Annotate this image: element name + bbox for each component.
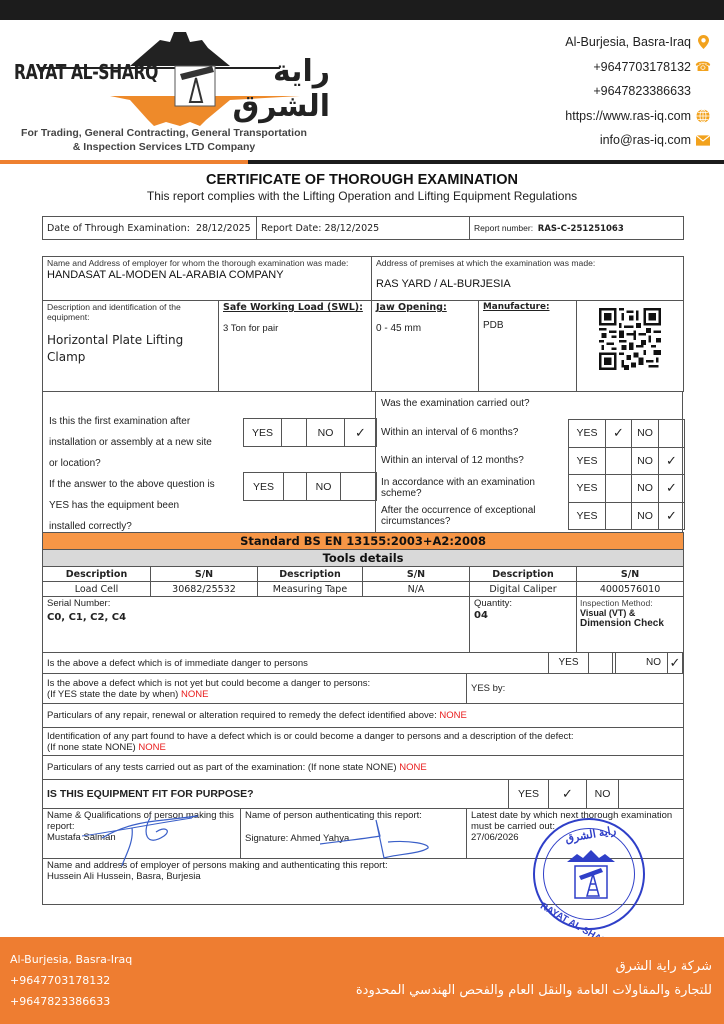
company-name-en: RAYAT AL-SHARQ	[14, 60, 158, 84]
authenticator-signature: Signature: Ahmed Yahya	[245, 833, 462, 844]
jaw-opening-value: 0 - 45 mm	[376, 323, 474, 334]
top-bar	[0, 0, 724, 20]
carried-out-yes-checkbox[interactable]: ✓	[606, 420, 632, 448]
report-maker-name: Mustafa Salman	[47, 832, 236, 843]
equipment-description: Horizontal Plate Lifting Clamp	[47, 332, 214, 366]
installed-yes-checkbox[interactable]	[284, 473, 307, 501]
carried-out-question: Within an interval of 12 months?	[381, 447, 561, 474]
jaw-opening-cell: Jaw Opening: 0 - 45 mm	[372, 301, 479, 392]
inspection-method-cell: Inspection Method: Visual (VT) & Dimensi…	[577, 597, 684, 653]
serial-number-value: C0, C1, C2, C4	[47, 612, 465, 623]
carried-out-question: Within an interval of 6 months?	[381, 419, 561, 446]
telephone-icon: ☎	[696, 60, 710, 74]
carried-out-no-checkbox[interactable]: ✓	[659, 447, 685, 475]
document-subtitle: This report complies with the Lifting Op…	[0, 189, 724, 203]
first-exam-answer: YES NO ✓	[243, 418, 377, 447]
installed-no-checkbox[interactable]	[341, 473, 377, 501]
yes-by-field: YES by:	[467, 674, 684, 704]
footer-phone-2[interactable]: +9647823386633	[10, 991, 132, 1012]
equipment-description-cell: Description and identification of the eq…	[43, 301, 219, 392]
contact-phone-2[interactable]: +9647823386633	[490, 79, 710, 104]
carried-out-answers: YES✓NOYESNO✓YESNO✓YESNO✓	[568, 419, 685, 530]
carried-out-no-checkbox[interactable]: ✓	[659, 475, 685, 503]
fit-yes-checkbox[interactable]: ✓	[549, 780, 587, 809]
carried-out-question: In accordance with an examination scheme…	[381, 474, 561, 501]
report-date: Report Date: 28/12/2025	[257, 217, 470, 240]
quantity-value: 04	[474, 610, 572, 621]
employer-name: HANDASAT AL-MODEN AL-ARABIA COMPANY	[47, 269, 367, 281]
footer-contact: Al-Burjesia, Basra-Iraq +9647703178132 +…	[10, 949, 132, 1012]
immediate-danger-no-group: NO ✓	[640, 653, 683, 674]
tools-table: Standard BS EN 13155:2003+A2:2008 Tools …	[42, 532, 684, 653]
defect-identification: Identification of any part found to have…	[43, 728, 684, 756]
table-row: YESNO✓	[569, 475, 685, 503]
installed-correctly-answer: YES NO	[243, 472, 377, 501]
manufacture-value: PDB	[483, 320, 572, 331]
qr-code-cell	[577, 301, 684, 392]
tools-header-row: Description S/N Description S/N Descript…	[43, 567, 684, 582]
carried-out-yes-checkbox[interactable]	[606, 502, 632, 530]
first-exam-no-checkbox[interactable]: ✓	[345, 419, 377, 447]
swl-value: 3 Ton for pair	[223, 323, 367, 334]
swl-cell: Safe Working Load (SWL): 3 Ton for pair	[219, 301, 372, 392]
examination-details-table: Name and Address of employer for whom th…	[42, 256, 684, 392]
examination-questions-section: Is this the first examination after inst…	[42, 391, 683, 533]
table-row: YES✓NO	[569, 420, 685, 448]
carried-out-yes-checkbox[interactable]	[606, 475, 632, 503]
fit-for-purpose-table: IS THIS EQUIPMENT FIT FOR PURPOSE? YES ✓…	[42, 779, 684, 809]
header-divider-orange	[0, 160, 248, 164]
future-danger-question: Is the above a defect which is not yet b…	[43, 674, 467, 704]
fit-for-purpose-question: IS THIS EQUIPMENT FIT FOR PURPOSE?	[43, 780, 509, 809]
company-logo: RAYAT AL-SHARQ راية الشرق For Trading, G…	[10, 26, 330, 154]
immediate-danger-question: Is the above a defect which is of immedi…	[43, 653, 589, 674]
footer-company-ar: شركة راية الشرق للتجارة والمقاولات العام…	[356, 955, 712, 1003]
authenticator-cell: Name of person authenticating this repor…	[241, 809, 467, 859]
tools-details-heading: Tools details	[43, 550, 684, 567]
repair-particulars: Particulars of any repair, renewal or al…	[43, 704, 684, 728]
exam-date: Date of Through Examination: 28/12/2025	[43, 217, 257, 240]
table-row: YESNO✓	[569, 502, 685, 530]
employer-cell: Name and Address of employer for whom th…	[43, 257, 372, 301]
company-stamp: راية الشرق RAYAT AL-SHARQ Co.	[533, 818, 645, 930]
qr-code[interactable]	[599, 308, 661, 370]
contact-info: Al-Burjesia, Basra-Iraq +9647703178132 ☎…	[490, 30, 710, 153]
carried-out-yes-checkbox[interactable]	[606, 447, 632, 475]
carried-out-no-checkbox[interactable]: ✓	[659, 502, 685, 530]
standard-banner: Standard BS EN 13155:2003+A2:2008	[43, 533, 684, 550]
company-tagline: For Trading, General Contracting, Genera…	[14, 126, 314, 154]
footer-address: Al-Burjesia, Basra-Iraq	[10, 949, 132, 970]
envelope-icon	[696, 133, 710, 147]
document-title: CERTIFICATE OF THOROUGH EXAMINATION	[0, 172, 724, 188]
table-row: YESNO✓	[569, 447, 685, 475]
contact-email[interactable]: info@ras-iq.com	[490, 128, 710, 153]
future-danger-value: NONE	[181, 689, 208, 700]
defects-details-table: Is the above a defect which is not yet b…	[42, 673, 684, 780]
tests-particulars: Particulars of any tests carried out as …	[43, 756, 684, 780]
contact-address: Al-Burjesia, Basra-Iraq	[490, 30, 710, 55]
footer-bar: Al-Burjesia, Basra-Iraq +9647703178132 +…	[0, 937, 724, 1024]
stamp-emblem-icon	[563, 846, 619, 902]
report-maker-cell: Name & Qualifications of person making t…	[43, 809, 241, 859]
first-exam-yes-checkbox[interactable]	[282, 419, 307, 447]
carried-out-no-checkbox[interactable]	[659, 420, 685, 448]
location-pin-icon	[696, 35, 710, 49]
first-exam-question: Is this the first examination after inst…	[49, 411, 239, 537]
company-name-ar: راية الشرق	[206, 54, 330, 124]
contact-phone-1[interactable]: +9647703178132 ☎	[490, 55, 710, 80]
report-number: Report number: RAS-C-251251063	[470, 217, 684, 240]
footer-phone-1[interactable]: +9647703178132	[10, 970, 132, 991]
carried-out-heading: Was the examination carried out?	[381, 398, 530, 409]
globe-icon	[696, 109, 710, 123]
quantity-cell: Quantity: 04	[470, 597, 577, 653]
contact-website[interactable]: https://www.ras-iq.com	[490, 104, 710, 129]
premises-cell: Address of premises at which the examina…	[372, 257, 684, 301]
immediate-danger-yes-box[interactable]	[588, 653, 613, 674]
serial-number-cell: Serial Number: C0, C1, C2, C4	[43, 597, 470, 653]
premises-address: RAS YARD / AL-BURJESIA	[376, 278, 679, 290]
report-dates-table: Date of Through Examination: 28/12/2025 …	[42, 216, 684, 240]
manufacture-cell: Manufacture: PDB	[479, 301, 577, 392]
table-row: Load Cell 30682/25532 Measuring Tape N/A…	[43, 582, 684, 597]
header-divider-dark	[248, 160, 724, 164]
fit-no-checkbox[interactable]	[619, 780, 684, 809]
carried-out-question: After the occurrence of exceptional circ…	[381, 502, 561, 529]
immediate-danger-no-checkbox[interactable]: ✓	[668, 653, 682, 673]
